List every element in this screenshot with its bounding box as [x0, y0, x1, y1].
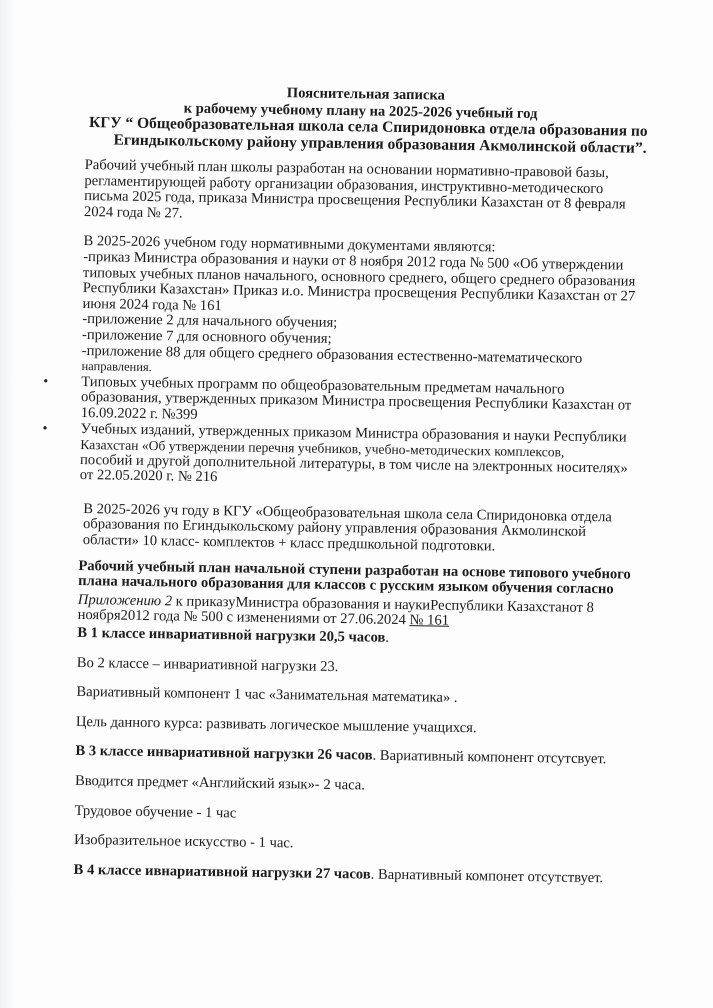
- page-edge-shadow: [0, 0, 14, 1008]
- grade-text: .: [385, 630, 389, 646]
- grade-loads: В 1 классе инвариативной нагрузки 20,5 ч…: [73, 626, 637, 887]
- bullet-item-textbooks: • Учебных изданий, утвержденных приказом…: [80, 421, 641, 492]
- grade-2-load: Во 2 классе – инвариативной нагрузки 23.: [77, 656, 637, 680]
- grade-text: Во 2 классе – инвариативной нагрузки 23.: [77, 655, 339, 675]
- grade-text: Трудовое обучение - 1 час: [74, 803, 236, 822]
- intro-paragraph: Рабочий учебный план школы разработан на…: [84, 158, 645, 229]
- document-title: Пояснительная записка к рабочему учебном…: [85, 82, 646, 157]
- scanned-page: Пояснительная записка к рабочему учебном…: [0, 0, 713, 1008]
- grade-text: Вводится предмет «Английский язык»- 2 ча…: [75, 773, 365, 794]
- grade-3-load: В 3 классе инвариативной нагрузки 26 час…: [75, 744, 635, 768]
- fine-arts: Изобразительное искусство - 1 час.: [74, 833, 634, 857]
- normative-documents-paragraph: В 2025-2026 учебном году нормативными до…: [81, 234, 643, 383]
- grade-text: . Вариативный компонент отсутсвует.: [372, 748, 606, 768]
- grade-text: Цель данного курса: развивать логическое…: [76, 714, 477, 736]
- grade-bold: В 4 классе ивнариативной нагрузки 27 час…: [74, 862, 371, 883]
- grade-bold: В 1 классе инвариативной нагрузки 20,5 ч…: [77, 625, 385, 646]
- course-goal: Цель данного курса: развивать логическое…: [76, 715, 636, 739]
- grade-text: Вариативный компонент 1 час «Занимательн…: [76, 684, 457, 706]
- grade-bold: В 3 классе инвариативной нагрузки 26 час…: [75, 743, 372, 764]
- bullet-list: • Типовых учебных программ по общеобразо…: [80, 375, 642, 493]
- bullet-icon: •: [42, 421, 47, 437]
- kgu-paragraph: В 2025-2026 уч году в КГУ «Общеобразоват…: [79, 502, 640, 558]
- appendix-order-number: № 161: [409, 613, 449, 630]
- english-subject: Вводится предмет «Английский язык»- 2 ча…: [75, 774, 635, 798]
- document-body: Пояснительная записка к рабочему учебном…: [73, 82, 645, 887]
- labor-training: Трудовое обучение - 1 час: [74, 804, 634, 828]
- scan-speck: [430, 532, 433, 535]
- grade-text: Изобразительное искусство - 1 час.: [74, 832, 294, 851]
- bullet-icon: •: [43, 374, 48, 390]
- grade-text: . Варнативный компонет отсутствует.: [371, 866, 604, 886]
- variative-component: Вариативный компонент 1 час «Занимательн…: [76, 685, 636, 709]
- grade-4-load: В 4 классе ивнариативной нагрузки 27 час…: [73, 863, 633, 887]
